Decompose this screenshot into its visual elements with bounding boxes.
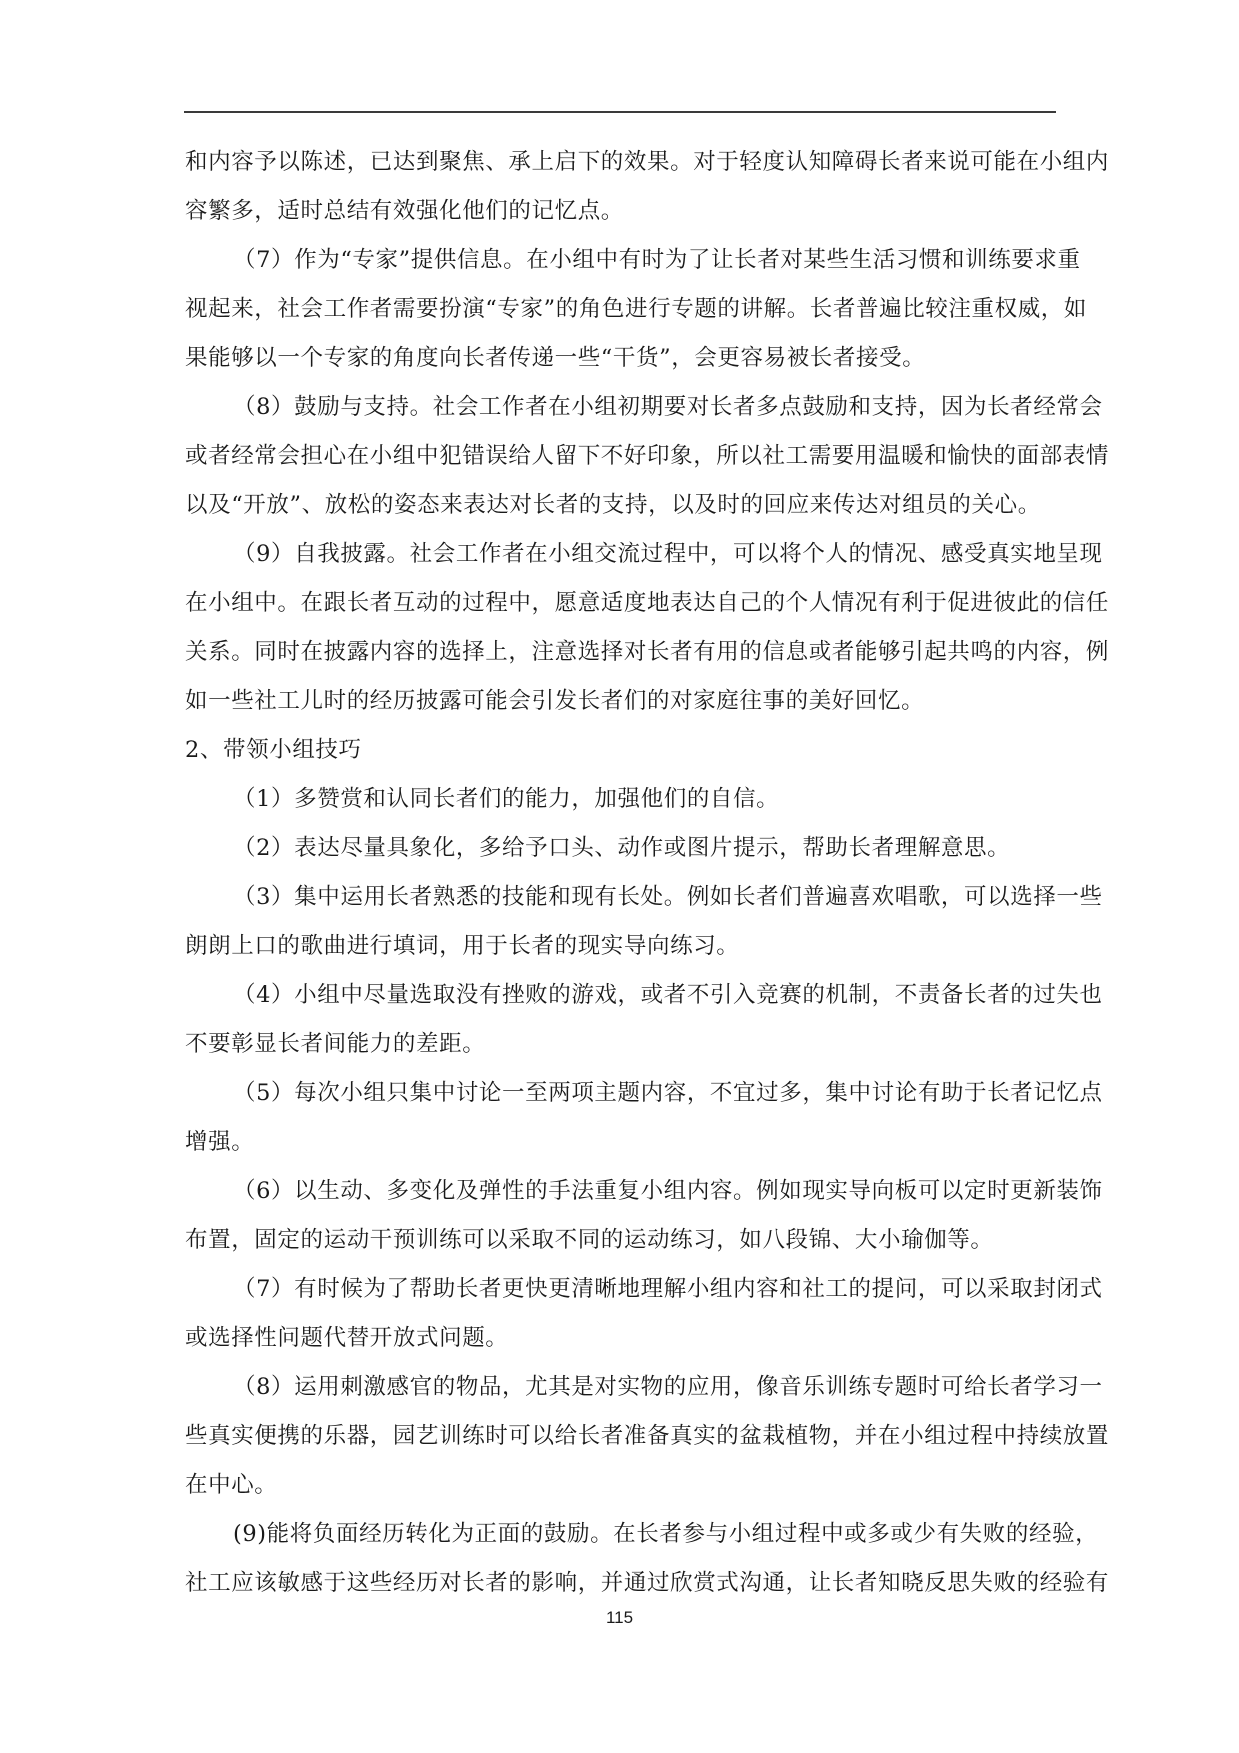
text-line: 在小组中。在跟长者互动的过程中，愿意适度地表达自己的个人情况有利于促进彼此的信任: [185, 579, 1057, 628]
list-item-heading: （2）表达尽量具象化，多给予口头、动作或图片提示，帮助长者理解意思。: [185, 824, 1057, 873]
text-line: 些真实便携的乐器，园艺训练时可以给长者准备真实的盆栽植物，并在小组过程中持续放置: [185, 1412, 1057, 1461]
header-rule: [184, 111, 1056, 113]
page-number: 115: [0, 1608, 1239, 1628]
text-line: 或选择性问题代替开放式问题。: [185, 1314, 1057, 1363]
text-line: 不要彰显长者间能力的差距。: [185, 1020, 1057, 1069]
section-heading: 2、带领小组技巧: [185, 726, 1057, 775]
list-item-heading: （8）鼓励与支持。社会工作者在小组初期要对长者多点鼓励和支持，因为长者经常会: [185, 383, 1057, 432]
text-line: 布置，固定的运动干预训练可以采取不同的运动练习，如八段锦、大小瑜伽等。: [185, 1216, 1057, 1265]
text-line: 果能够以一个专家的角度向长者传递一些“干货”，会更容易被长者接受。: [185, 334, 1057, 383]
text-line: 和内容予以陈述，已达到聚焦、承上启下的效果。对于轻度认知障碍长者来说可能在小组内: [185, 138, 1057, 187]
text-line: 在中心。: [185, 1461, 1057, 1510]
text-line: 容繁多，适时总结有效强化他们的记忆点。: [185, 187, 1057, 236]
list-item-heading: （4）小组中尽量选取没有挫败的游戏，或者不引入竞赛的机制，不责备长者的过失也: [185, 971, 1057, 1020]
list-item-heading: （7）作为“专家”提供信息。在小组中有时为了让长者对某些生活习惯和训练要求重: [185, 236, 1057, 285]
text-line: 如一些社工儿时的经历披露可能会引发长者们的对家庭往事的美好回忆。: [185, 677, 1057, 726]
list-item-heading: (9)能将负面经历转化为正面的鼓励。在长者参与小组过程中或多或少有失败的经验，: [185, 1510, 1057, 1559]
list-item-heading: （8）运用刺激感官的物品，尤其是对实物的应用，像音乐训练专题时可给长者学习一: [185, 1363, 1057, 1412]
text-line: 关系。同时在披露内容的选择上，注意选择对长者有用的信息或者能够引起共鸣的内容，例: [185, 628, 1057, 677]
list-item-heading: （5）每次小组只集中讨论一至两项主题内容，不宜过多，集中讨论有助于长者记忆点: [185, 1069, 1057, 1118]
list-item-heading: （1）多赞赏和认同长者们的能力，加强他们的自信。: [185, 775, 1057, 824]
text-line: 或者经常会担心在小组中犯错误给人留下不好印象，所以社工需要用温暖和愉快的面部表情: [185, 432, 1057, 481]
list-item-heading: （7）有时候为了帮助长者更快更清晰地理解小组内容和社工的提问，可以采取封闭式: [185, 1265, 1057, 1314]
list-item-heading: （3）集中运用长者熟悉的技能和现有长处。例如长者们普遍喜欢唱歌，可以选择一些: [185, 873, 1057, 922]
text-line: 社工应该敏感于这些经历对长者的影响，并通过欣赏式沟通，让长者知晓反思失败的经验有: [185, 1559, 1057, 1608]
text-line: 以及“开放”、放松的姿态来表达对长者的支持，以及时的回应来传达对组员的关心。: [185, 481, 1057, 530]
list-item-heading: （6）以生动、多变化及弹性的手法重复小组内容。例如现实导向板可以定时更新装饰: [185, 1167, 1057, 1216]
page-body: 和内容予以陈述，已达到聚焦、承上启下的效果。对于轻度认知障碍长者来说可能在小组内…: [185, 138, 1057, 1608]
text-line: 视起来，社会工作者需要扮演“专家”的角色进行专题的讲解。长者普遍比较注重权威，如: [185, 285, 1057, 334]
list-item-heading: （9）自我披露。社会工作者在小组交流过程中，可以将个人的情况、感受真实地呈现: [185, 530, 1057, 579]
text-line: 增强。: [185, 1118, 1057, 1167]
text-line: 朗朗上口的歌曲进行填词，用于长者的现实导向练习。: [185, 922, 1057, 971]
